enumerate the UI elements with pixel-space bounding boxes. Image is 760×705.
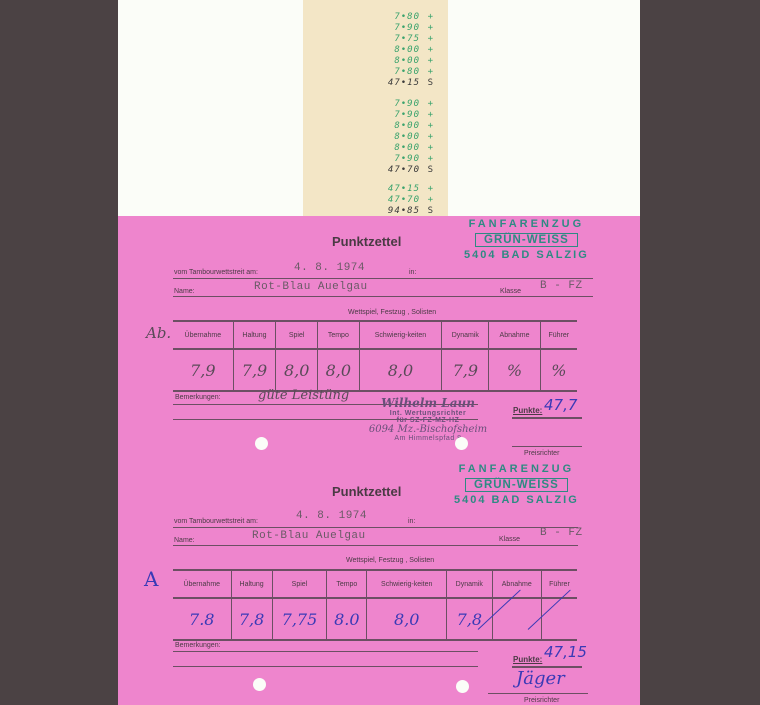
tape-grand-total: 94•85S (388, 206, 434, 216)
sheet-title: Punktzettel (332, 484, 401, 499)
judge-stamp-street: Am Himmelspfad 8 (368, 435, 488, 442)
score-cell: 8,0 (359, 349, 442, 391)
judge-stamp-scope: für SZ-FZ-MZ-HZ (368, 417, 488, 424)
score-cell: 7,75 (272, 598, 327, 640)
klasse-value: B - FZ (540, 280, 583, 292)
adding-machine-tape: 7•80+ 7•90+ 7•75+ 8•00+ 8•00+ 7•80+ 47•1… (303, 0, 448, 222)
score-row: 7,9 7,9 8,0 8,0 8,0 7,9 % % (173, 349, 577, 391)
divider (512, 417, 582, 419)
judge-stamp-city: 6094 Mz.-Bischofsheim (368, 424, 488, 435)
judge-label: Preisrichter (524, 697, 559, 704)
stamp-line-2: GRÜN-WEISS (475, 233, 578, 247)
divider (173, 545, 578, 546)
tape-line: 7•80+ (394, 67, 434, 77)
punch-hole (253, 678, 266, 691)
margin-note: Ab. (146, 324, 171, 342)
tape-total: 47•70S (388, 165, 434, 175)
score-cell: 8,0 (276, 349, 318, 391)
score-cell: 8,0 (367, 598, 447, 640)
col-header: Übernahme (173, 570, 231, 598)
tape-line: 8•00+ (394, 45, 434, 55)
points-label: Punkte: (513, 406, 542, 415)
col-header: Führer (541, 570, 577, 598)
klasse-label: Klasse (500, 288, 521, 295)
name-label: Name: (174, 537, 195, 544)
points-label: Punkte: (513, 655, 542, 664)
col-header: Führer (540, 321, 577, 349)
score-table: Übernahme Haltung Spiel Tempo Schwierig-… (173, 569, 577, 641)
score-cell: 7,8 (447, 598, 493, 640)
judge-stamp-name: Wilhelm Laun (368, 396, 488, 410)
sheet-title: Punktzettel (332, 234, 401, 249)
contest-label: vom Tambourwettstreit am: (174, 518, 258, 525)
klasse-value: B - FZ (540, 527, 583, 539)
tape-line: 8•00+ (394, 121, 434, 131)
contest-date: 4. 8. 1974 (294, 262, 365, 274)
col-header: Dynamik (442, 321, 489, 349)
score-cell: 7,8 (231, 598, 272, 640)
location-label: in: (408, 518, 415, 525)
tape-line: 8•00+ (394, 56, 434, 66)
name-label: Name: (174, 288, 195, 295)
divider (173, 296, 593, 297)
divider (173, 527, 578, 528)
judge-stamp: Wilhelm Laun Int. Wertungsrichter für SZ… (368, 396, 488, 442)
col-header: Haltung (231, 570, 272, 598)
tape-line: 8•00+ (394, 143, 434, 153)
score-row: 7.8 7,8 7,75 8.0 8,0 7,8 / / (173, 598, 577, 640)
col-header: Abnahme (489, 321, 540, 349)
contest-date: 4. 8. 1974 (296, 510, 367, 522)
tape-line: 7•90+ (394, 23, 434, 33)
score-cell: % (489, 349, 540, 391)
stamp-line-1: FANFARENZUG (464, 218, 589, 230)
score-cell: 7,9 (233, 349, 276, 391)
tape-total: 47•15S (388, 78, 434, 88)
tape-line: 7•75+ (394, 34, 434, 44)
club-stamp: FANFARENZUG GRÜN-WEISS 5404 BAD SALZIG (464, 218, 589, 261)
remarks-value: güte Leistüng (258, 388, 349, 403)
category-caption: Wettspiel, Festzug , Solisten (346, 557, 434, 564)
stamp-line-3: 5404 BAD SALZIG (454, 494, 579, 506)
stamp-line-1: FANFARENZUG (454, 463, 579, 475)
remarks-label: Bemerkungen: (175, 394, 221, 401)
score-sheet-1: Punktzettel FANFARENZUG GRÜN-WEISS 5404 … (118, 216, 640, 464)
col-header: Schwierig-keiten (367, 570, 447, 598)
remarks-label: Bemerkungen: (175, 642, 221, 649)
col-header: Übernahme (173, 321, 233, 349)
score-cell: 7.8 (173, 598, 231, 640)
stamp-line-3: 5404 BAD SALZIG (464, 249, 589, 261)
col-header: Tempo (327, 570, 367, 598)
klasse-label: Klasse (499, 536, 520, 543)
tape-line: 47•15+ (388, 184, 434, 194)
score-cell: 8.0 (327, 598, 367, 640)
score-cell: % (540, 349, 577, 391)
col-header: Schwierig-keiten (359, 321, 442, 349)
col-header: Haltung (233, 321, 276, 349)
name-value: Rot-Blau Auelgau (252, 530, 366, 542)
tape-line: 7•80+ (394, 12, 434, 22)
category-caption: Wettspiel, Festzug , Solisten (348, 309, 436, 316)
divider (173, 278, 593, 279)
score-cell-struck: / (541, 598, 577, 640)
location-label: in: (409, 269, 416, 276)
club-stamp: FANFARENZUG GRÜN-WEISS 5404 BAD SALZIG (454, 463, 579, 506)
contest-label: vom Tambourwettstreit am: (174, 269, 258, 276)
score-cell-struck: / (492, 598, 541, 640)
tape-line: 47•70+ (388, 195, 434, 205)
judge-signature: Jäger (516, 668, 565, 689)
stamp-line-2: GRÜN-WEISS (465, 478, 568, 492)
score-table: Übernahme Haltung Spiel Tempo Schwierig-… (173, 320, 577, 392)
score-cell: 7,9 (442, 349, 489, 391)
divider (173, 666, 478, 667)
col-header: Spiel (276, 321, 318, 349)
score-sheet-2: Punktzettel FANFARENZUG GRÜN-WEISS 5404 … (118, 463, 640, 705)
score-cell: 7,9 (173, 349, 233, 391)
punch-hole (456, 680, 469, 693)
name-value: Rot-Blau Auelgau (254, 281, 368, 293)
judge-label: Preisrichter (524, 450, 559, 457)
points-value: 47,15 (544, 643, 587, 661)
col-header: Dynamik (447, 570, 493, 598)
divider (488, 693, 588, 694)
judge-stamp-title: Int. Wertungsrichter (368, 410, 488, 417)
col-header: Spiel (272, 570, 327, 598)
divider (512, 446, 582, 447)
points-value: 47,7 (544, 396, 577, 414)
punch-hole (455, 437, 468, 450)
tape-line: 7•90+ (394, 154, 434, 164)
tape-line: 7•90+ (394, 110, 434, 120)
score-cell: 8,0 (318, 349, 360, 391)
tape-line: 8•00+ (394, 132, 434, 142)
divider (173, 651, 478, 652)
margin-note: A (144, 567, 158, 591)
col-header: Tempo (318, 321, 360, 349)
tape-line: 7•90+ (394, 99, 434, 109)
punch-hole (255, 437, 268, 450)
